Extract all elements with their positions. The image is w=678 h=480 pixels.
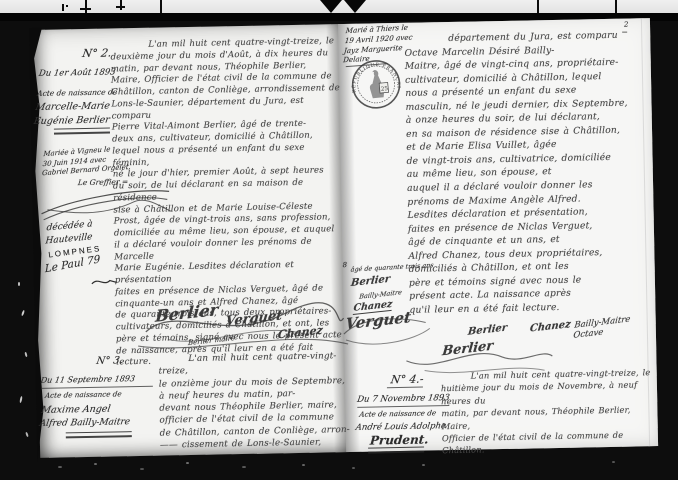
margin-rule (41, 386, 153, 389)
renvoi-mark: 8 (342, 261, 347, 269)
act2-margin-title: Acte de naissance de (37, 87, 118, 98)
film-marker-tick (62, 4, 64, 11)
act3-continued-text: département du Jura, est comparu Octave … (404, 28, 653, 317)
act4-margin-name: Prudent. (369, 432, 429, 447)
dust-speck (24, 352, 27, 357)
film-marker-line (160, 0, 162, 13)
act3-margin-name: Alfred Bailly-Maitre (39, 417, 131, 429)
film-marker-line (615, 0, 617, 13)
dust-speck (242, 466, 246, 468)
act3-body-text: L'an mil huit cent quatre-vingt-treize, … (158, 350, 352, 452)
act4-margin-title: Acte de naissance de (359, 408, 437, 418)
act3-margin-name: Maxime Angel (40, 404, 111, 416)
register-spread: N° 2. Du 1er Août 1893 Acte de naissance… (32, 18, 658, 458)
act4-margin-name: André Louis Adolphe (355, 421, 447, 433)
act3-margin-date: Du 11 Septembre 1893 (40, 374, 136, 385)
act2-margin-number: N° 2. (81, 46, 112, 60)
dust-speck (21, 310, 25, 316)
margin-underline (54, 128, 110, 135)
film-marker-dot (66, 5, 68, 7)
dust-speck (422, 464, 425, 466)
dust-speck (58, 466, 62, 468)
stamp-value: 25 (381, 86, 389, 93)
dust-speck (19, 396, 22, 403)
margin-underline (66, 431, 132, 438)
film-frame-triangle (344, 0, 366, 13)
dust-speck (25, 432, 29, 437)
film-strip (0, 0, 678, 13)
dust-speck (302, 464, 305, 466)
revenue-stamp-seal: RÉPUBLIQUE FRANÇAISE 25 (347, 55, 406, 114)
microfilm-frame: N° 2. Du 1er Août 1893 Acte de naissance… (0, 0, 678, 480)
film-frame-triangle (320, 0, 342, 13)
act4-margin-date: Du 7 Novembre 1893 (356, 393, 450, 405)
greffier-flourish-icon (37, 181, 178, 226)
dust-speck (612, 461, 615, 463)
dust-speck (94, 463, 97, 465)
page-number: 2 (624, 21, 629, 29)
margin-underline (368, 447, 424, 454)
act2-margin-name: Marcelle-Marie (35, 101, 111, 113)
film-marker-crossbar (116, 6, 125, 8)
act4-margin-number: N° 4.- (390, 373, 425, 387)
act3-margin-number: N° 3. (96, 355, 124, 367)
dust-speck (18, 282, 20, 286)
dust-speck (140, 468, 144, 470)
film-marker-line (537, 0, 539, 13)
film-marker-line (85, 0, 87, 13)
act4-body-text: L'an mil huit cent quatre-vingt-treize, … (441, 366, 655, 457)
act3-margin-title: Acte de naissance de (44, 389, 122, 399)
film-marker-line (120, 0, 122, 10)
dust-speck (186, 462, 189, 464)
act2-death-note: décédée à Hauteville (45, 218, 94, 248)
margin-paraph-icon (90, 275, 120, 288)
dust-speck (352, 467, 355, 469)
act2-margin-date: Du 1er Août 1893 (38, 67, 116, 79)
act2-margin-name: Eugénie Berlier (33, 115, 111, 127)
film-marker-crossbar (80, 8, 91, 10)
